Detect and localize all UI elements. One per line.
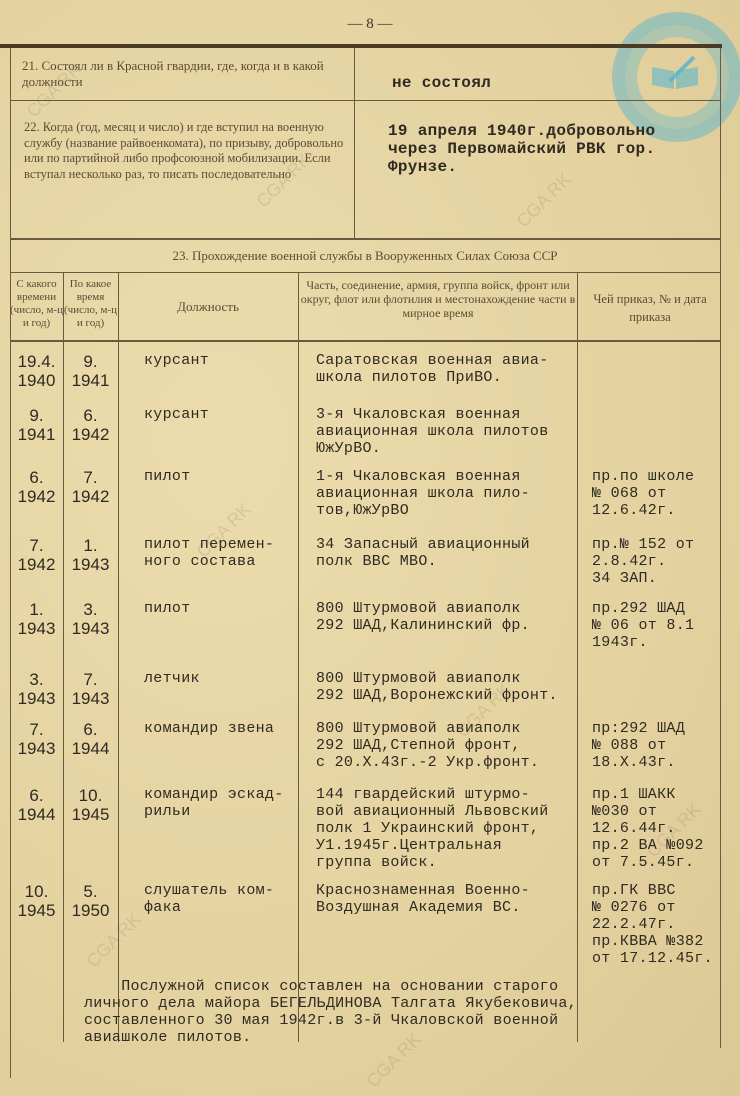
answer-line: Фрунзе. — [388, 158, 655, 176]
note-line: Послужной список составлен на основании … — [84, 978, 577, 995]
col-header-position: Должность — [118, 300, 298, 313]
order-line: 1943г. — [592, 634, 740, 651]
unit-line: полк ВВС МВО. — [316, 553, 606, 570]
to-line: 1942 — [63, 425, 118, 444]
cell-to: 5.1950 — [63, 882, 118, 920]
cell-to: 6.1944 — [63, 720, 118, 758]
unit-line: 800 Штурмовой авиаполк — [316, 670, 606, 687]
order-line: 12.6.44г. — [592, 820, 740, 837]
position-line: пилот — [144, 468, 300, 485]
cell-position: пилот перемен-ного состава — [144, 536, 300, 570]
position-line: слушатель ком- — [144, 882, 300, 899]
from-line: 7. — [10, 536, 63, 555]
note-line: личного дела майора БЕГЕЛЬДИНОВА Талгата… — [84, 995, 577, 1012]
unit-line: ЮжУрВО. — [316, 440, 606, 457]
to-line: 1950 — [63, 901, 118, 920]
top-rule — [0, 44, 722, 48]
col-header-from: С какого времени (число, м-ц и год) — [10, 278, 63, 330]
from-line: 1942 — [10, 555, 63, 574]
unit-line: 144 гвардейский штурмо- — [316, 786, 606, 803]
to-line: 1. — [63, 536, 118, 555]
answer-line: через Первомайский РВК гор. — [388, 140, 655, 158]
to-line: 1943 — [63, 689, 118, 708]
answer-line: 19 апреля 1940г.добровольно — [388, 122, 655, 140]
to-line: 1945 — [63, 805, 118, 824]
from-line: 1942 — [10, 487, 63, 506]
unit-line: 34 Запасный авиационный — [316, 536, 606, 553]
unit-line: вой авиационный Львовский — [316, 803, 606, 820]
cell-from: 6.1942 — [10, 468, 63, 506]
cell-unit: 800 Штурмовой авиаполк292 ШАД,Степной фр… — [316, 720, 606, 771]
unit-line: авиационная школа пилотов — [316, 423, 606, 440]
from-line: 7. — [10, 720, 63, 739]
to-line: 7. — [63, 670, 118, 689]
unit-line: 800 Штурмовой авиаполк — [316, 600, 606, 617]
cell-order: пр.ГК ВВС№ 0276 от22.2.47г.пр.КВВА №382о… — [592, 882, 740, 967]
position-line: курсант — [144, 406, 300, 423]
cell-unit: 3-я Чкаловская военнаяавиационная школа … — [316, 406, 606, 457]
order-line: № 088 от — [592, 737, 740, 754]
order-line: от 7.5.45г. — [592, 854, 740, 871]
cell-to: 6.1942 — [63, 406, 118, 444]
position-line: командир звена — [144, 720, 300, 737]
cell-order: пр.№ 152 от2.8.42г.34 ЗАП. — [592, 536, 740, 587]
cell-position: командир эскад-рильи — [144, 786, 300, 820]
cell-position: слушатель ком-фака — [144, 882, 300, 916]
section23-title: 23. Прохождение военной службы в Вооруже… — [10, 248, 720, 263]
order-line: пр.2 ВА №092 — [592, 837, 740, 854]
col-header-to: По какое время (число, м-ц и год) — [63, 278, 118, 330]
from-line: 6. — [10, 468, 63, 487]
footer-note: Послужной список составлен на основании … — [84, 978, 577, 1046]
to-line: 10. — [63, 786, 118, 805]
cell-unit: 1-я Чкаловская военнаяавиационная школа … — [316, 468, 606, 519]
to-line: 5. — [63, 882, 118, 901]
unit-line: Краснознаменная Военно- — [316, 882, 606, 899]
from-line: 9. — [10, 406, 63, 425]
cell-from: 9.1941 — [10, 406, 63, 444]
unit-line: У1.1945г.Центральная — [316, 837, 606, 854]
unit-line: группа войск. — [316, 854, 606, 871]
cell-to: 7.1943 — [63, 670, 118, 708]
order-line: пр:292 ШАД — [592, 720, 740, 737]
order-line: № 06 от 8.1 — [592, 617, 740, 634]
cell-position: летчик — [144, 670, 300, 687]
order-line: пр.292 ШАД — [592, 600, 740, 617]
from-line: 1940 — [10, 371, 63, 390]
cell-order: пр.по школе№ 068 от12.6.42г. — [592, 468, 740, 519]
to-line: 9. — [63, 352, 118, 371]
order-line: пр.№ 152 от — [592, 536, 740, 553]
position-line: летчик — [144, 670, 300, 687]
page-number: — 8 — — [340, 16, 400, 33]
to-line: 7. — [63, 468, 118, 487]
cell-from: 7.1943 — [10, 720, 63, 758]
order-line: №030 от — [592, 803, 740, 820]
to-line: 3. — [63, 600, 118, 619]
order-line: № 068 от — [592, 485, 740, 502]
cell-from: 3.1943 — [10, 670, 63, 708]
cell-position: пилот — [144, 468, 300, 485]
col-header-order: Чей приказ, № и дата приказа — [580, 290, 720, 326]
position-line: пилот перемен- — [144, 536, 300, 553]
order-line: 2.8.42г. — [592, 553, 740, 570]
unit-line: тов,ЮжУрВО — [316, 502, 606, 519]
note-line: авиашколе пилотов. — [84, 1029, 577, 1046]
cell-order: пр.292 ШАД№ 06 от 8.11943г. — [592, 600, 740, 651]
cell-from: 6.1944 — [10, 786, 63, 824]
from-line: 1. — [10, 600, 63, 619]
from-line: 1943 — [10, 689, 63, 708]
unit-line: Воздушная Академия ВС. — [316, 899, 606, 916]
unit-line: школа пилотов ПриВО. — [316, 369, 606, 386]
cell-unit: 144 гвардейский штурмо-вой авиационный Л… — [316, 786, 606, 871]
to-line: 1943 — [63, 555, 118, 574]
cell-to: 9.1941 — [63, 352, 118, 390]
position-line: курсант — [144, 352, 300, 369]
unit-line: 1-я Чкаловская военная — [316, 468, 606, 485]
unit-line: 3-я Чкаловская военная — [316, 406, 606, 423]
from-line: 10. — [10, 882, 63, 901]
to-line: 1944 — [63, 739, 118, 758]
order-line: 22.2.47г. — [592, 916, 740, 933]
unit-line: 800 Штурмовой авиаполк — [316, 720, 606, 737]
section22-answer: 19 апреля 1940г.добровольно через Первом… — [388, 122, 655, 176]
cell-unit: 800 Штурмовой авиаполк292 ШАД,Калинински… — [316, 600, 606, 634]
position-line: ного состава — [144, 553, 300, 570]
unit-line: с 20.X.43г.-2 Укр.фронт. — [316, 754, 606, 771]
from-line: 3. — [10, 670, 63, 689]
cell-from: 19.4.1940 — [10, 352, 63, 390]
from-line: 1943 — [10, 619, 63, 638]
cell-position: пилот — [144, 600, 300, 617]
order-line: № 0276 от — [592, 899, 740, 916]
from-line: 1941 — [10, 425, 63, 444]
position-line: фака — [144, 899, 300, 916]
cell-from: 10.1945 — [10, 882, 63, 920]
cell-unit: Саратовская военная авиа-школа пилотов П… — [316, 352, 606, 386]
cell-position: курсант — [144, 352, 300, 369]
book-quill-icon — [650, 55, 700, 93]
watermark: CGA RK — [513, 169, 576, 232]
cell-unit: 34 Запасный авиационныйполк ВВС МВО. — [316, 536, 606, 570]
section21-question: 21. Состоял ли в Красной гвардии, где, к… — [22, 58, 352, 90]
to-line: 1943 — [63, 619, 118, 638]
unit-line: Саратовская военная авиа- — [316, 352, 606, 369]
col-header-unit: Часть, соединение, армия, группа войск, … — [300, 278, 576, 320]
unit-line: 292 ШАД,Калининский фр. — [316, 617, 606, 634]
to-line: 6. — [63, 720, 118, 739]
cell-order: пр.1 ШАКК№030 от12.6.44г.пр.2 ВА №092от … — [592, 786, 740, 871]
cell-position: командир звена — [144, 720, 300, 737]
position-line: пилот — [144, 600, 300, 617]
cell-to: 1.1943 — [63, 536, 118, 574]
cell-unit: 800 Штурмовой авиаполк292 ШАД,Воронежски… — [316, 670, 606, 704]
order-line: 34 ЗАП. — [592, 570, 740, 587]
order-line: пр.КВВА №382 — [592, 933, 740, 950]
cell-order: пр:292 ШАД№ 088 от18.X.43г. — [592, 720, 740, 771]
unit-line: 292 ШАД,Степной фронт, — [316, 737, 606, 754]
order-line: пр.по школе — [592, 468, 740, 485]
from-line: 19.4. — [10, 352, 63, 371]
section22-question: 22. Когда (год, месяц и число) и где вст… — [24, 120, 348, 182]
position-line: рильи — [144, 803, 300, 820]
order-line: пр.1 ШАКК — [592, 786, 740, 803]
unit-line: 292 ШАД,Воронежский фронт. — [316, 687, 606, 704]
from-line: 1945 — [10, 901, 63, 920]
from-line: 1944 — [10, 805, 63, 824]
cell-to: 7.1942 — [63, 468, 118, 506]
unit-line: авиационная школа пило- — [316, 485, 606, 502]
to-line: 1942 — [63, 487, 118, 506]
order-line: 12.6.42г. — [592, 502, 740, 519]
from-line: 1943 — [10, 739, 63, 758]
to-line: 6. — [63, 406, 118, 425]
cell-unit: Краснознаменная Военно-Воздушная Академи… — [316, 882, 606, 916]
from-line: 6. — [10, 786, 63, 805]
note-line: составленного 30 мая 1942г.в 3-й Чкаловс… — [84, 1012, 577, 1029]
cell-position: курсант — [144, 406, 300, 423]
order-line: от 17.12.45г. — [592, 950, 740, 967]
to-line: 1941 — [63, 371, 118, 390]
unit-line: полк 1 Украинский фронт, — [316, 820, 606, 837]
cell-from: 1.1943 — [10, 600, 63, 638]
order-line: 18.X.43г. — [592, 754, 740, 771]
section21-answer: не состоял — [392, 74, 491, 92]
cell-to: 10.1945 — [63, 786, 118, 824]
position-line: командир эскад- — [144, 786, 300, 803]
cell-to: 3.1943 — [63, 600, 118, 638]
order-line: пр.ГК ВВС — [592, 882, 740, 899]
cell-from: 7.1942 — [10, 536, 63, 574]
